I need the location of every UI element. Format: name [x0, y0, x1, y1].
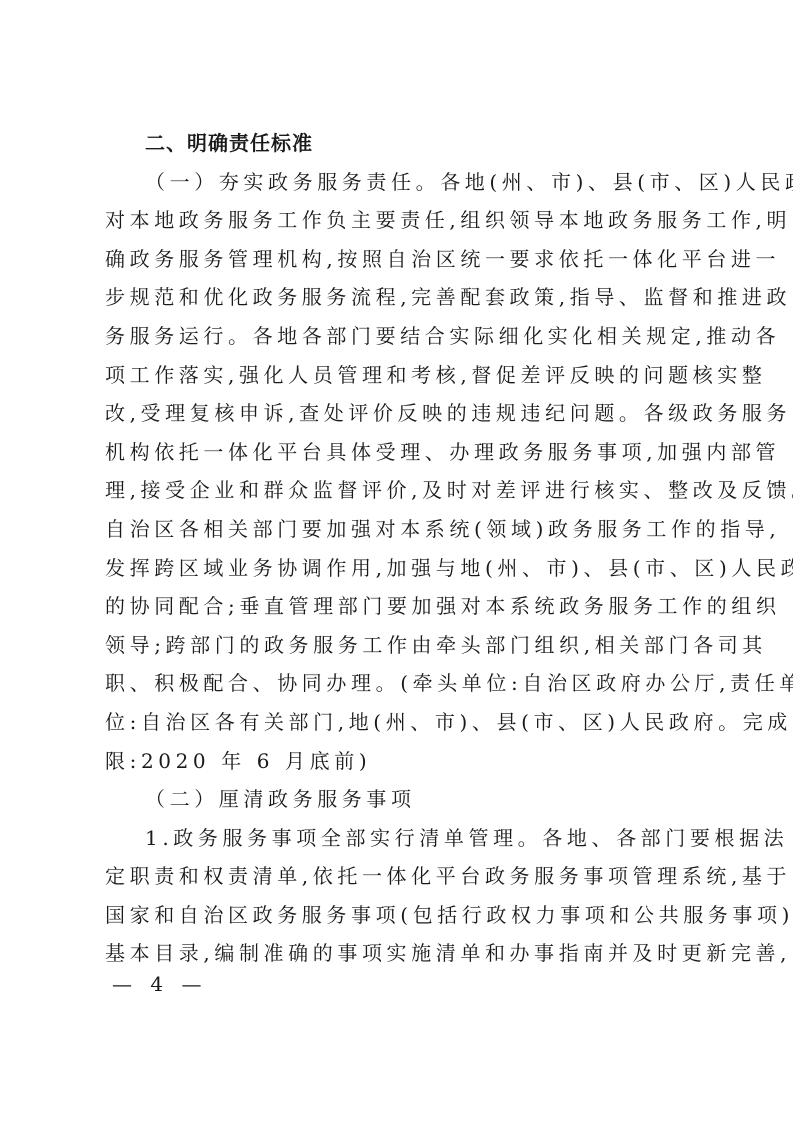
paragraph-line: 发挥跨区域业务协调作用,加强与地(州、市)、县(市、区)人民政府	[105, 549, 690, 588]
paragraph-line: 职、积极配合、协同办理。(牵头单位:自治区政府办公厅,责任单	[105, 664, 690, 703]
document-body: 二、明确责任标准 （一）夯实政务服务责任。各地(州、市)、县(市、区)人民政府 …	[105, 124, 690, 973]
paragraph-line: 项工作落实,强化人员管理和考核,督促差评反映的问题核实整	[105, 356, 690, 395]
subsection-heading: （二）厘清政务服务事项	[105, 780, 690, 819]
paragraph-line: 对本地政务服务工作负主要责任,组织领导本地政务服务工作,明	[105, 201, 690, 240]
paragraph-line: 限:2020 年 6 月底前)	[105, 742, 690, 781]
page-number: — 4 —	[112, 972, 207, 996]
paragraph-line: 务服务运行。各地各部门要结合实际细化实化相关规定,推动各	[105, 317, 690, 356]
paragraph-line: 领导;跨部门的政务服务工作由牵头部门组织,相关部门各司其	[105, 626, 690, 665]
paragraph-line: 位:自治区各有关部门,地(州、市)、县(市、区)人民政府。完成时	[105, 703, 690, 742]
paragraph-line: 自治区各相关部门要加强对本系统(领域)政务服务工作的指导,	[105, 510, 690, 549]
section-heading: 二、明确责任标准	[105, 124, 690, 163]
paragraph-line: 理,接受企业和群众监督评价,及时对差评进行核实、整改及反馈。	[105, 471, 690, 510]
paragraph-line: 1.政务服务事项全部实行清单管理。各地、各部门要根据法	[105, 819, 690, 858]
paragraph-line: 的协同配合;垂直管理部门要加强对本系统政务服务工作的组织	[105, 587, 690, 626]
paragraph-line: （一）夯实政务服务责任。各地(州、市)、县(市、区)人民政府	[105, 163, 690, 202]
paragraph-line: 步规范和优化政务服务流程,完善配套政策,指导、监督和推进政	[105, 278, 690, 317]
paragraph-line: 改,受理复核申诉,查处评价反映的违规违纪问题。各级政务服务	[105, 394, 690, 433]
paragraph-line: 基本目录,编制准确的事项实施清单和办事指南并及时更新完善,	[105, 934, 690, 973]
paragraph-line: 确政务服务管理机构,按照自治区统一要求依托一体化平台进一	[105, 240, 690, 279]
paragraph-service-items: 1.政务服务事项全部实行清单管理。各地、各部门要根据法 定职责和权责清单,依托一…	[105, 819, 690, 973]
paragraph-line: 定职责和权责清单,依托一体化平台政务服务事项管理系统,基于	[105, 857, 690, 896]
paragraph-line: 机构依托一体化平台具体受理、办理政务服务事项,加强内部管	[105, 433, 690, 472]
paragraph-responsibility: （一）夯实政务服务责任。各地(州、市)、县(市、区)人民政府 对本地政务服务工作…	[105, 163, 690, 781]
paragraph-line: 国家和自治区政务服务事项(包括行政权力事项和公共服务事项)	[105, 896, 690, 935]
document-page: 二、明确责任标准 （一）夯实政务服务责任。各地(州、市)、县(市、区)人民政府 …	[0, 0, 793, 1122]
